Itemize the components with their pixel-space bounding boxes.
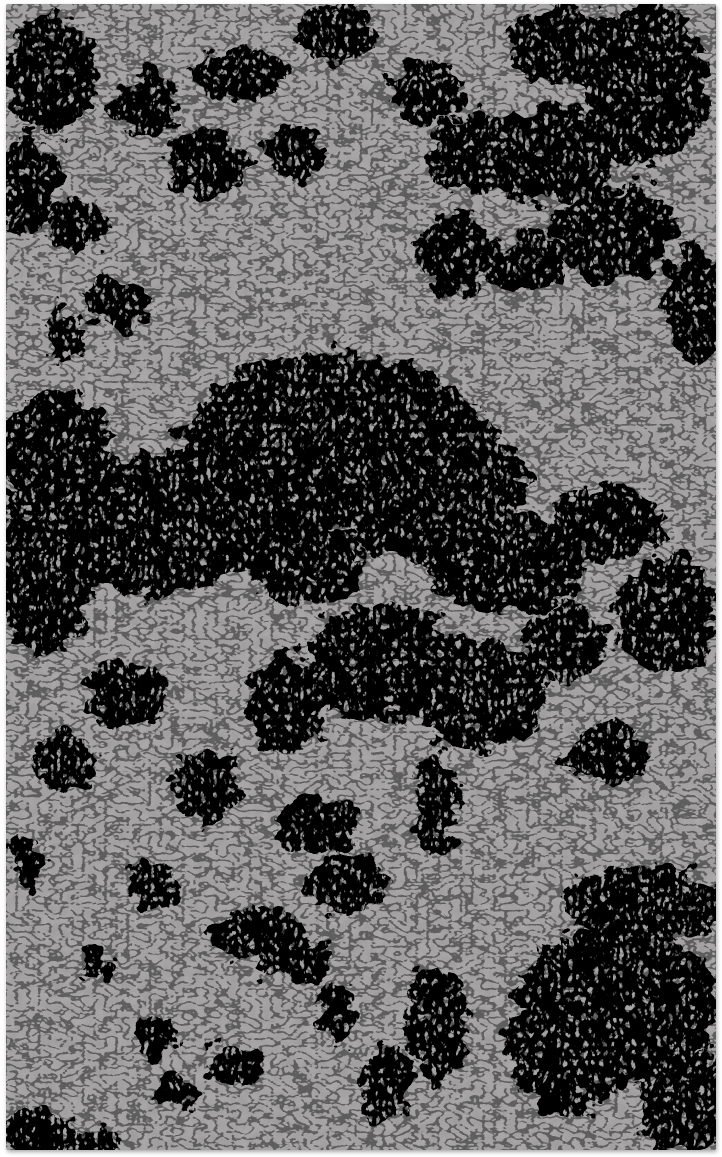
pattern-blob	[46, 199, 106, 249]
pattern-blob	[46, 309, 86, 359]
pattern-blob	[546, 484, 666, 564]
pattern-blob	[246, 524, 366, 604]
pattern-blob	[276, 794, 356, 854]
pattern-blob	[166, 129, 246, 199]
pattern-blob	[131, 859, 181, 909]
pattern-blob	[416, 214, 496, 294]
pattern-blob	[506, 974, 626, 1114]
pattern-blob	[186, 49, 286, 99]
pattern-blob	[526, 604, 606, 684]
pattern-blob	[206, 1044, 266, 1084]
pattern-blob	[81, 949, 111, 979]
pattern-blob	[111, 74, 181, 134]
pattern-blob	[616, 554, 716, 674]
pattern-blob	[266, 129, 326, 179]
pattern-blob	[296, 4, 376, 64]
pattern-blob	[426, 114, 526, 194]
pattern-blob	[156, 1079, 196, 1109]
pattern-blob	[406, 639, 546, 749]
rug-pattern	[6, 4, 716, 1150]
pattern-blob	[246, 654, 326, 754]
pattern-blob	[386, 64, 466, 124]
pattern-blob	[11, 839, 41, 889]
pattern-blob	[361, 1044, 411, 1124]
pattern-blob	[316, 984, 356, 1044]
pattern-blob	[176, 744, 236, 824]
pattern-blob	[86, 659, 166, 729]
pattern-blob	[256, 944, 336, 984]
pattern-blob	[306, 854, 386, 914]
pattern-blob	[36, 734, 96, 794]
rug-image	[6, 4, 716, 1150]
pattern-blob	[131, 1014, 181, 1054]
product-image-stage	[0, 0, 722, 1157]
pattern-blob	[406, 964, 466, 1084]
pattern-blob	[86, 274, 146, 334]
pattern-blob	[6, 14, 96, 134]
pattern-blob	[556, 184, 676, 284]
pattern-blob	[566, 724, 646, 784]
pattern-blob	[486, 234, 566, 294]
pattern-blob	[416, 754, 456, 854]
